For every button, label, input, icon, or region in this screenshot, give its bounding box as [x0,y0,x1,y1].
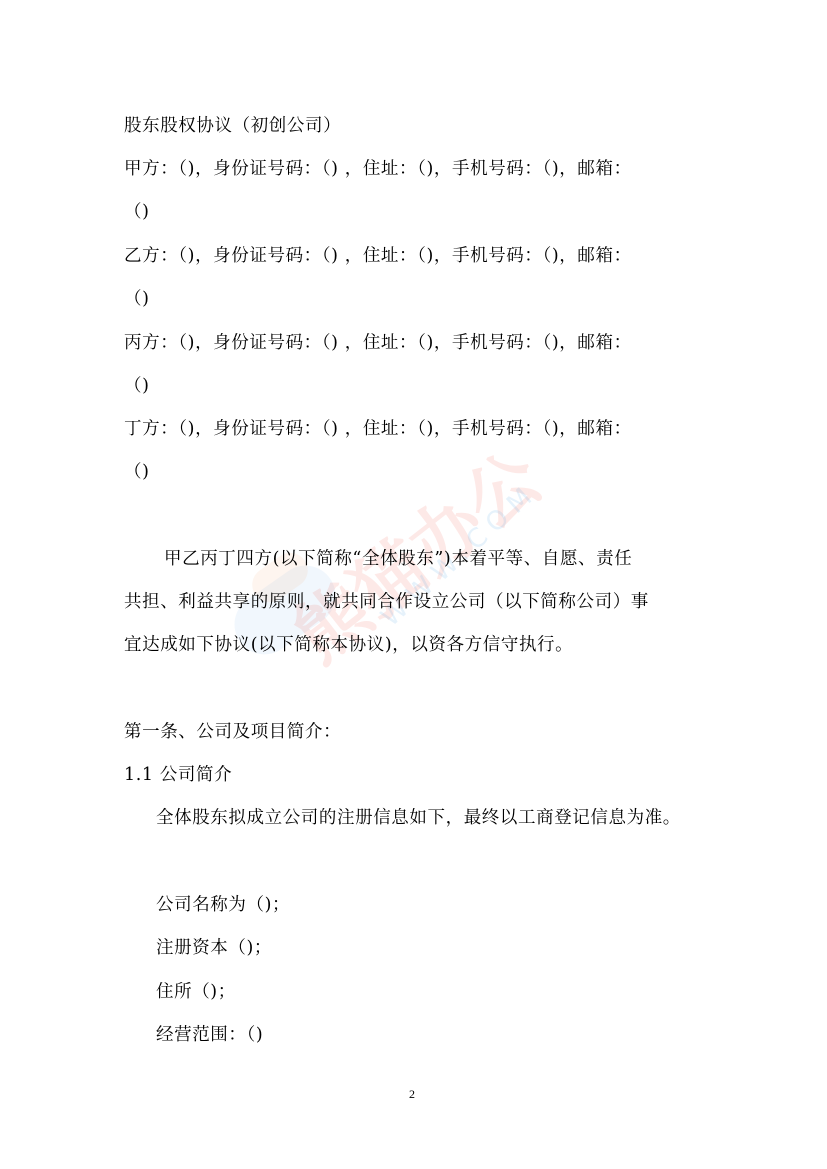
intro-paragraph-line-2: 共担、利益共享的原则，就共同合作设立公司（以下简称公司）事 [124,588,649,613]
party-d-line: 丁方：（)，身份证号码：（) ，住址：（)，手机号码：（)，邮箱： [124,415,632,440]
party-b-cont: （) [124,285,150,310]
document-title: 股东股权协议（初创公司） [124,112,341,137]
intro-paragraph-line-1: 甲乙丙丁四方(以下简称“全体股东”)本着平等、自愿、责任 [164,545,632,570]
party-b-line: 乙方：（)，身份证号码：（) ，住址：（)，手机号码：（)，邮箱： [124,242,632,267]
intro-paragraph-line-3: 宜达成如下协议(以下简称本协议)，以资各方信守执行。 [124,631,573,656]
field-business-scope: 经营范围：（) [156,1021,263,1046]
section-1-1-heading: 1.1 公司简介 [124,761,232,786]
party-c-cont: （) [124,372,150,397]
party-a-cont: （) [124,198,150,223]
field-company-name: 公司名称为（)； [156,891,290,916]
page-number: 2 [409,1087,415,1102]
field-address: 住所（)； [156,978,236,1003]
watermark: 熊猫办公 WWW.COM [210,430,630,730]
party-d-cont: （) [124,458,150,483]
party-c-line: 丙方：（)，身份证号码：（) ，住址：（)，手机号码：（)，邮箱： [124,329,632,354]
section-1-1-text: 全体股东拟成立公司的注册信息如下，最终以工商登记信息为准。 [156,804,681,829]
article-1-heading: 第一条、公司及项目简介： [124,718,341,743]
field-registered-capital: 注册资本（)； [156,934,272,959]
party-a-line: 甲方：（)，身份证号码：（) ，住址：（)，手机号码：（)，邮箱： [124,155,632,180]
